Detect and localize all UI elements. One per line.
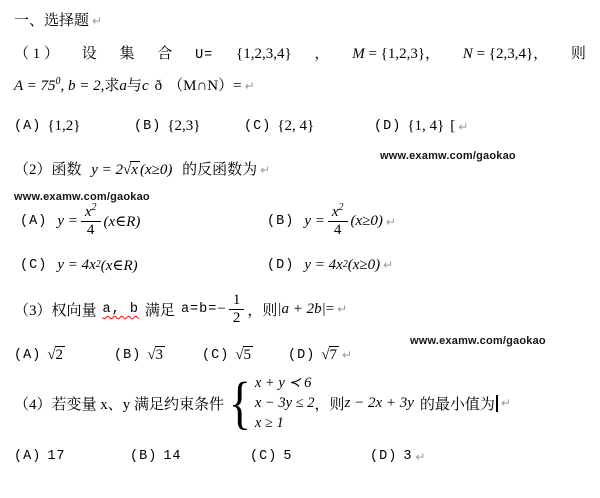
eth-glyph: ð: [155, 78, 163, 94]
spellcheck-underline: a, b: [103, 302, 139, 317]
q1-option-a: (A){1,2}: [14, 118, 134, 135]
intersection-expression: （M∩N）=: [168, 78, 241, 94]
watermark: www.examw.com/gaokao: [410, 335, 546, 347]
q1-stem-line: （ 1 ） 设 集 合 U= {1,2,3,4} ， M = {1,2,3}， …: [0, 42, 600, 63]
sqrt: √5: [235, 346, 253, 364]
paragraph-mark: ↵: [458, 120, 468, 134]
paragraph-mark: ↵: [92, 14, 102, 28]
q2-option-a: (A)y = x24 (x∈R): [20, 204, 267, 240]
constraint-3: x ≥ 1: [255, 415, 315, 432]
q2-options-ab-row: (A)y = x24 (x∈R) (B)y = x24 (x≥0) ↵: [0, 204, 600, 240]
q2-option-d: (D)y = 4x2(x≥0) ↵: [267, 257, 393, 274]
q2-option-c: (C)y = 4x2 (x∈R): [20, 256, 267, 275]
q3-option-a: (A)√2: [14, 346, 114, 364]
paragraph-mark: ↵: [342, 348, 352, 362]
sqrt: √7: [321, 346, 339, 364]
q1-options-row: (A){1,2} (B){2,3} (C){2, 4} (D){1, 4}[↵: [0, 118, 600, 135]
q1-option-c: (C){2, 4}: [244, 118, 374, 135]
q4-option-c: (C)5: [250, 449, 370, 464]
fraction: x24: [81, 204, 101, 240]
q3-option-d: (D)√7↵: [288, 346, 352, 364]
watermark: www.examw.com/gaokao: [14, 191, 150, 203]
q4-option-a: (A)17: [14, 449, 130, 464]
paragraph-mark: ↵: [386, 215, 396, 229]
section-title: 一、选择题: [14, 13, 89, 29]
q2-option-b: (B)y = x24 (x≥0) ↵: [267, 204, 396, 240]
q3-stem-line: （3）权向量 a, b 满足 a=b=− 12 ，则 |a + 2b|= ↵: [0, 292, 600, 328]
q4-option-b: (B)14: [130, 449, 250, 464]
fraction: x24: [328, 204, 348, 240]
paragraph-mark: ↵: [501, 396, 511, 410]
abs-expression: |a + 2b|: [277, 301, 325, 318]
set-n: N = {2,3,4}，: [463, 42, 548, 63]
q1-number: （ 1 ）: [14, 42, 59, 63]
paragraph-mark: ↵: [260, 163, 270, 177]
left-brace: {: [229, 374, 251, 432]
sqrt: √2: [47, 346, 65, 364]
sqrt-expression: √x: [123, 161, 140, 179]
q4-option-d: (D)3↵: [370, 449, 425, 464]
fraction: 12: [229, 292, 245, 328]
set-u-value: {1,2,3,4}: [236, 46, 292, 63]
q1-option-d: (D){1, 4}[↵: [374, 118, 468, 135]
exam-document-page: www.examw.com/gaokao www.examw.com/gaoka…: [0, 0, 600, 498]
watermark: www.examw.com/gaokao: [380, 150, 516, 162]
set-m: M = {1,2,3}，: [352, 42, 440, 63]
q3-option-c: (C)√5: [202, 346, 288, 364]
objective-expression: z − 2x + 3y: [345, 395, 414, 412]
paragraph-mark: ↵: [245, 79, 255, 93]
q3-option-b: (B)√3: [114, 346, 202, 364]
q2-options-cd-row: (C)y = 4x2 (x∈R) (D)y = 4x2(x≥0) ↵: [0, 256, 600, 275]
section-title-line: 一、选择题↵: [0, 0, 600, 30]
text-cursor[interactable]: [496, 395, 498, 412]
constraint-2: x − 3y ≤ 2: [255, 395, 315, 412]
q3-options-row: (A)√2 (B)√3 (C)√5 (D)√7↵: [0, 346, 600, 364]
set-u-label: U=: [195, 48, 213, 63]
sqrt: √3: [147, 346, 165, 364]
q4-stem-line: （4）若变量 x、y 满足约束条件 { x + y ≺ 6 x − 3y ≤ 2…: [0, 374, 600, 432]
stray-bracket: [: [450, 118, 455, 135]
q1-option-b: (B){2,3}: [134, 118, 244, 135]
paragraph-mark: ↵: [383, 258, 393, 272]
constraint-1: x + y ≺ 6: [255, 375, 315, 392]
paragraph-mark: ↵: [337, 302, 347, 316]
paragraph-mark: ↵: [415, 450, 425, 464]
constraint-system: { x + y ≺ 6 x − 3y ≤ 2 x ≥ 1: [226, 374, 314, 432]
q1-math-line: A = 750, b = 2,求a与cð（M∩N）=↵: [0, 74, 600, 95]
q4-options-row: (A)17 (B)14 (C)5 (D)3↵: [0, 449, 600, 464]
